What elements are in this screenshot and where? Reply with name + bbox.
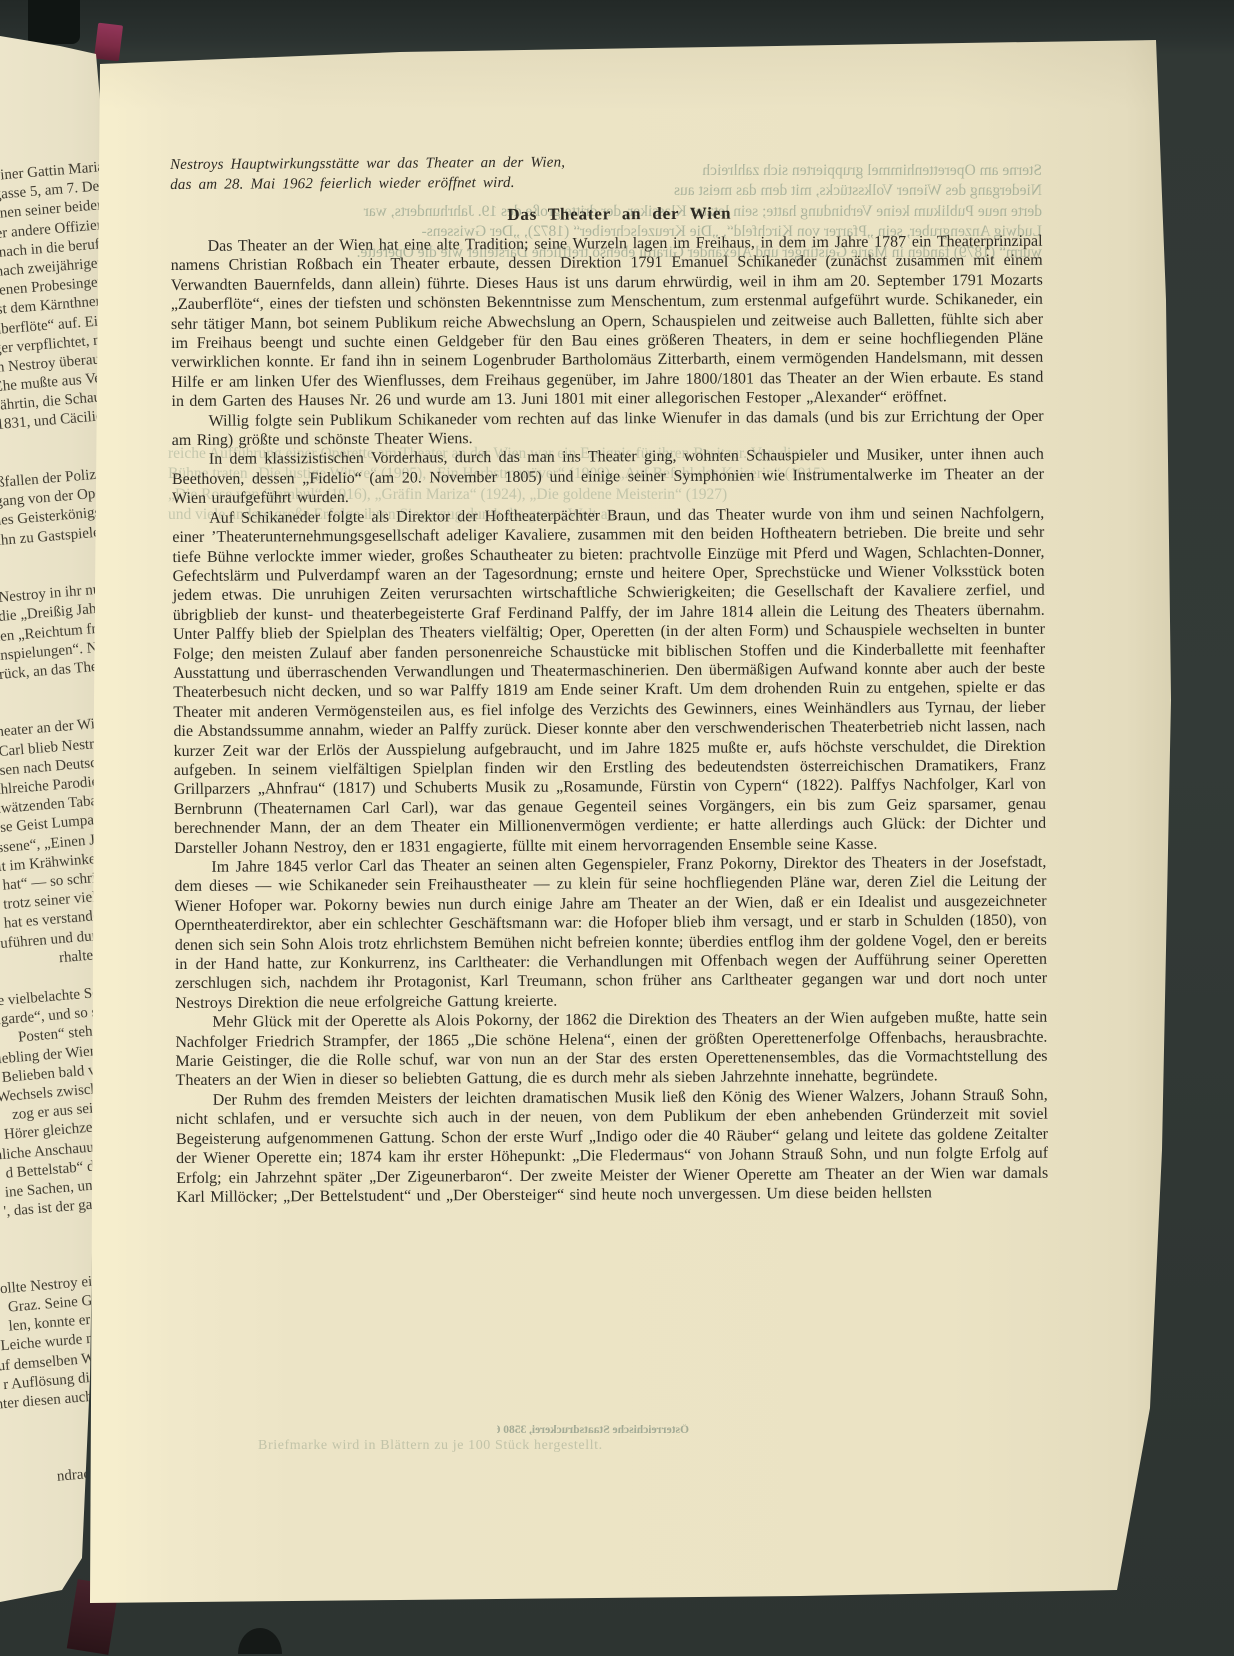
printer-imprint-bleedthrough: Österreichische Staatsdruckerei, 3580 62 [497, 1424, 689, 1436]
page-curl-shadow [238, 1628, 282, 1654]
paragraph: Willig folgte sein Publikum Schikaneder … [172, 406, 1044, 450]
book-page: Sterne am Operettenhimmel gruppierten si… [0, 0, 1234, 1656]
paragraph: Das Theater an der Wien hat eine alte Tr… [170, 232, 1043, 412]
paragraph: Mehr Glück mit der Operette als Alois Po… [175, 1008, 1047, 1091]
binding-headband-black [28, 0, 80, 44]
stamp-note-bleedthrough: Briefmarke wird in Blättern zu je 100 St… [258, 1438, 603, 1454]
photo-caption: Nestroys Hauptwirkungsstätte war das The… [170, 151, 1042, 195]
paragraph: In dem klassizistischen Vorderhaus, durc… [172, 445, 1044, 509]
paragraph: Der Ruhm des fremden Meisters der leicht… [176, 1086, 1049, 1208]
article: Nestroys Hauptwirkungsstätte war das The… [170, 151, 1048, 1208]
red-bookmark-ribbon [94, 23, 123, 62]
open-book-photo: und seiner Gattin Mariaordangasse 5, am … [0, 0, 1234, 1656]
paragraph: Im Jahre 1845 verlor Carl das Theater an… [174, 853, 1047, 1014]
article-body: Das Theater an der Wien hat eine alte Tr… [170, 232, 1048, 1208]
paragraph: Auf Schikaneder folgte als Direktor der … [172, 503, 1046, 858]
article-heading: Das Theater an der Wien [170, 202, 1042, 227]
